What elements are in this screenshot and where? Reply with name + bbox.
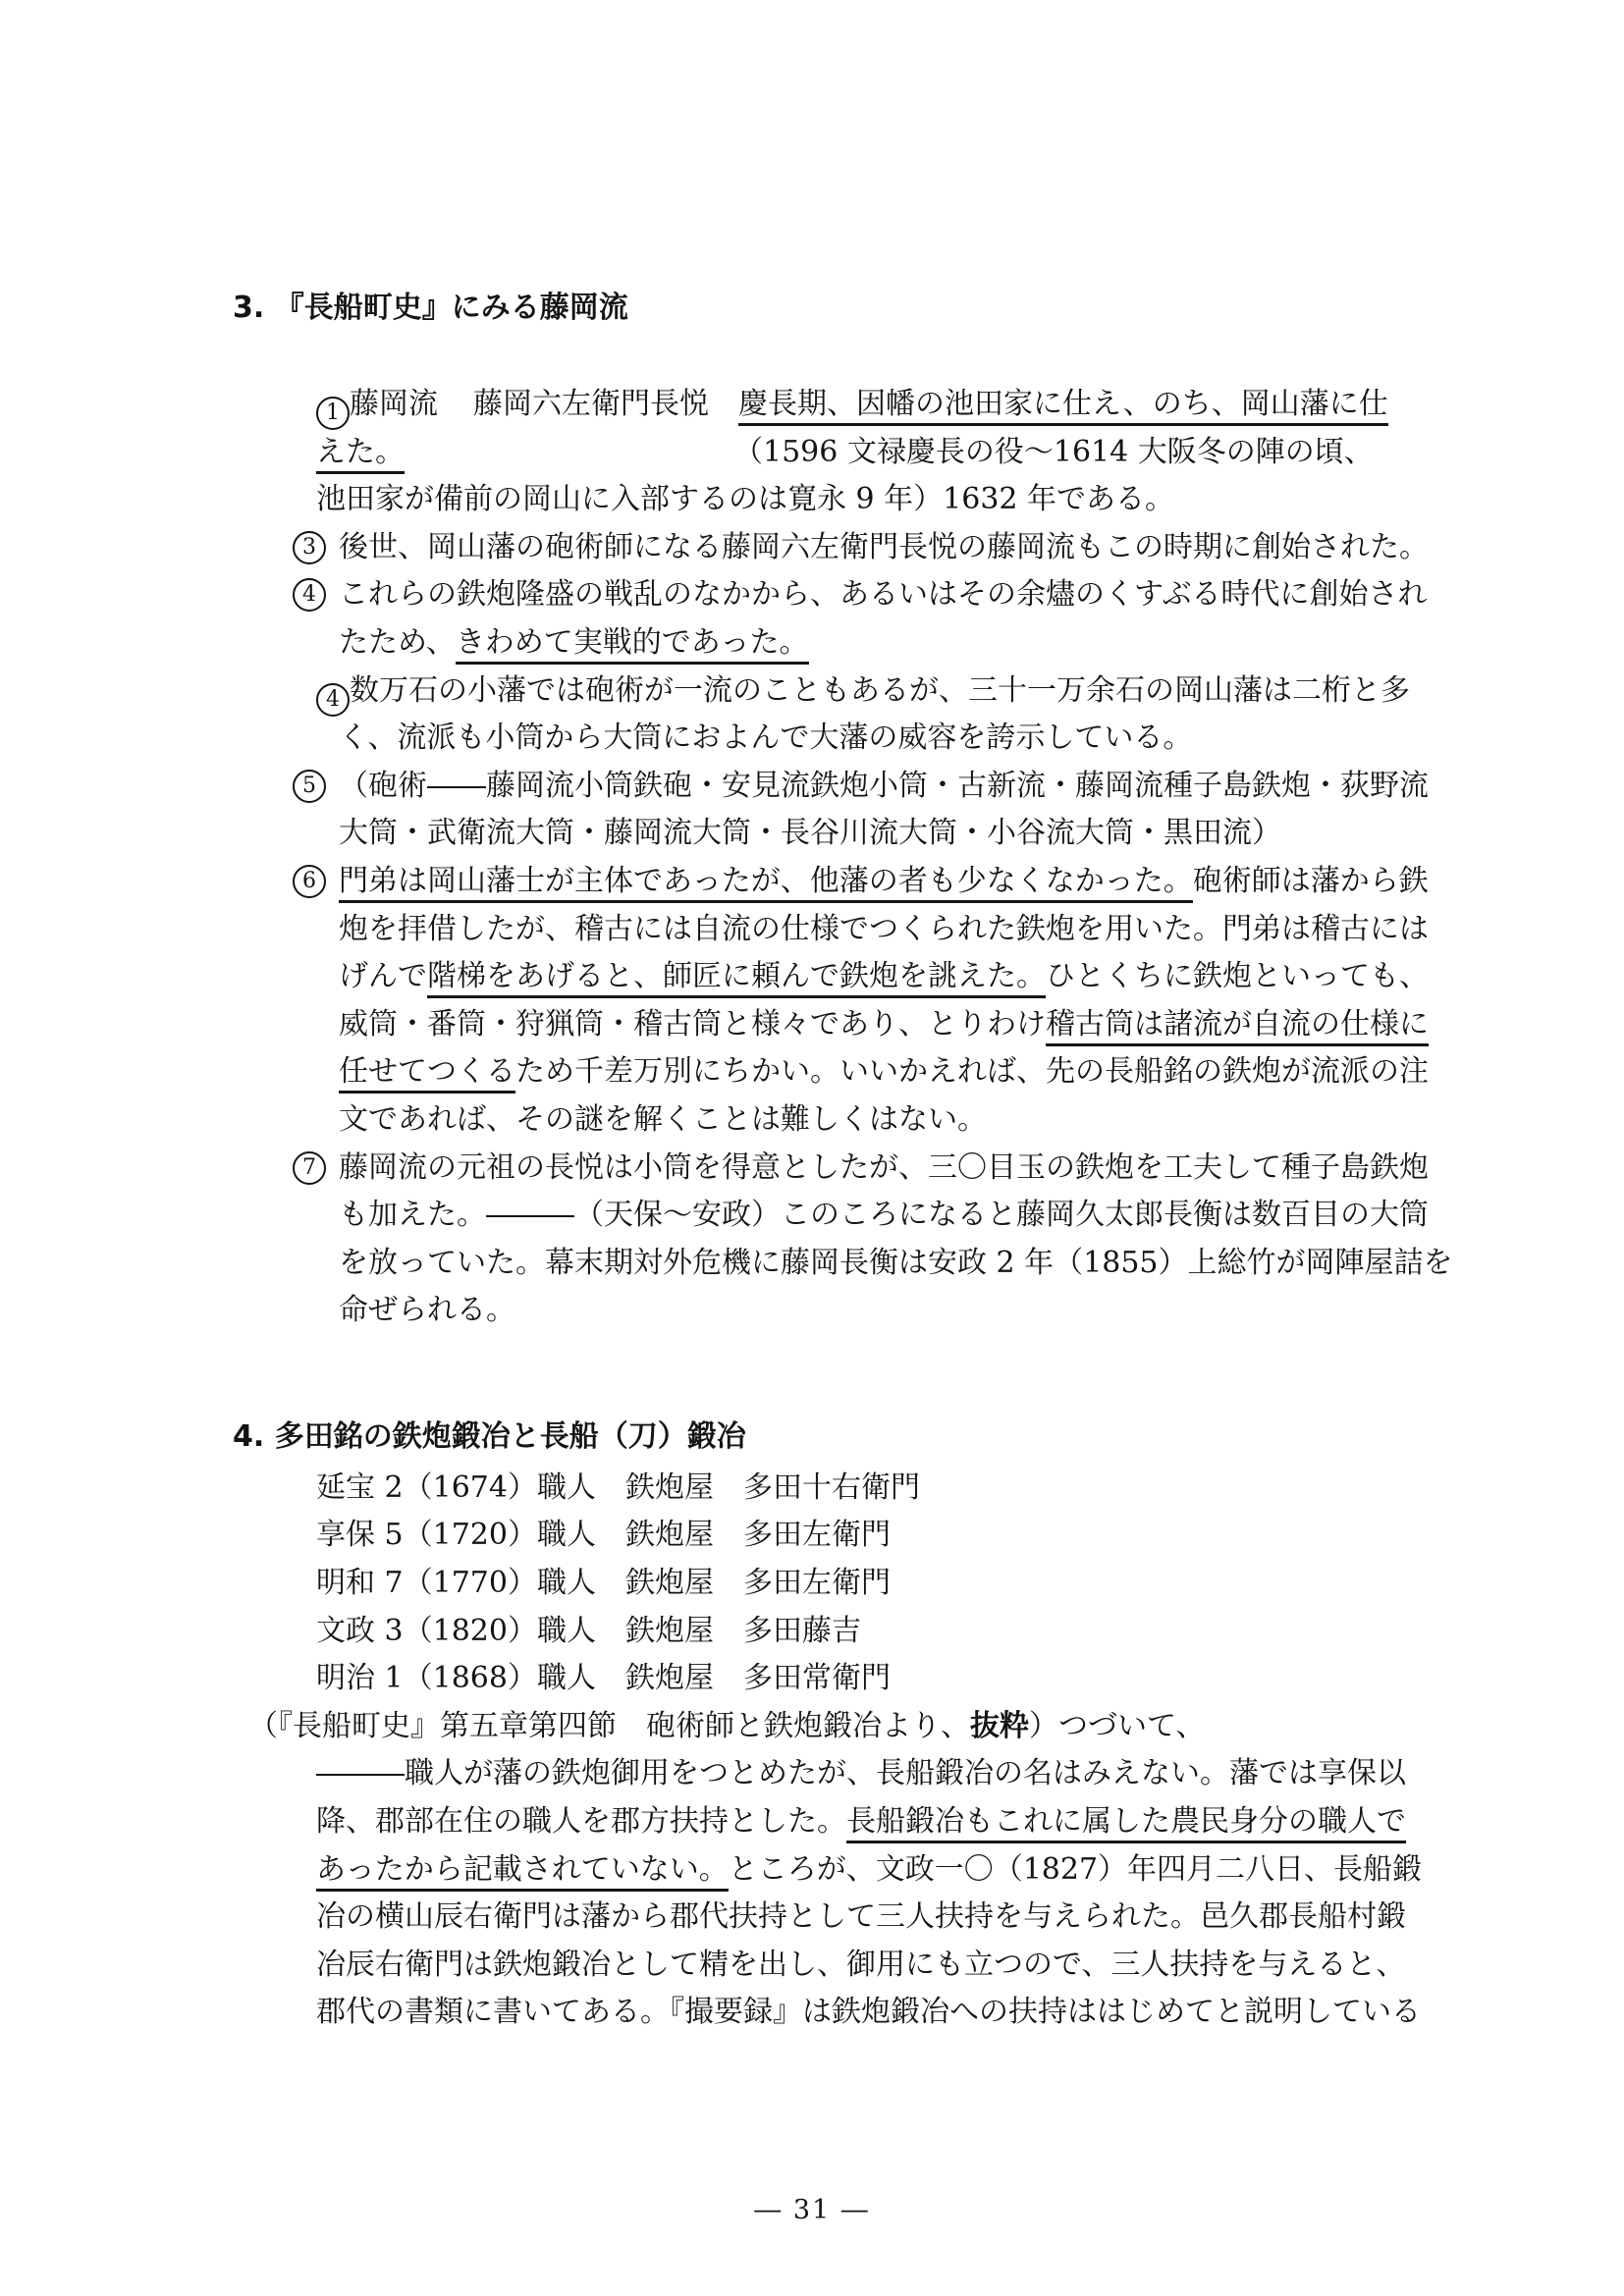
numbered-item-3: 3後世、岡山藩の砲術師になる藤岡六左衛門長悦の藤岡流もこの時期に創始された。 xyxy=(339,524,1624,572)
whitespace-spacer xyxy=(405,460,733,461)
text-run: 数万石の小藩では砲術が一流のこともあるが、三十一万余石の岡山藩は二桁と多 xyxy=(350,673,1410,708)
text-run: ため千差万別にちかい。いいかえれば、先の長船銘の鉄炮が流派の注 xyxy=(515,1054,1429,1089)
text-line: 炮を拝借したが、稽古には自流の仕様でつくられた鉄炮を用いた。門弟は稽古には xyxy=(339,906,1624,954)
text-line: 文であれば、その謎を解くことは難しくはない。 xyxy=(339,1096,1624,1145)
numbered-item-4: 4これらの鉄炮隆盛の戦乱のなかから、あるいはその余燼のくすぶる時代に創始されたた… xyxy=(339,571,1624,667)
text-run: 明和 7（1770）職人 鉄炮屋 多田左衛門 xyxy=(316,1566,891,1600)
text-line: ―――職人が藩の鉄炮御用をつとめたが、長船鍛冶の名はみえない。藩では享保以 xyxy=(316,1750,1624,1798)
section4-heading: 4. 多田銘の鉄炮鍛冶と長船（刀）鍛冶 xyxy=(233,1417,1624,1457)
text-line: 文政 3（1820）職人 鉄炮屋 多田藤吉 xyxy=(316,1608,1624,1656)
text-run: 命ぜられる。 xyxy=(339,1293,515,1327)
text-line: 池田家が備前の岡山に入部するのは寛永 9 年）1632 年である。 xyxy=(316,476,1624,524)
circled-number-marker: 3 xyxy=(293,531,326,564)
paragraph: ―――職人が藩の鉄炮御用をつとめたが、長船鍛冶の名はみえない。藩では享保以降、郡… xyxy=(316,1750,1624,2037)
text-run: 冶辰右衛門は鉄炮鍛冶として精を出し、御用にも立つので、三人扶持を与えると、 xyxy=(316,1948,1405,1982)
circled-number-marker: 4 xyxy=(293,578,326,612)
text-line: 4数万石の小藩では砲術が一流のこともあるが、三十一万余石の岡山藩は二桁と多 xyxy=(316,667,1624,716)
text-line: たため、きわめて実戦的であった。 xyxy=(339,619,1624,667)
paragraph: 1藤岡流藤岡六左衛門長悦慶長期、因幡の池田家に仕え、のち、岡山藩に仕えた。（15… xyxy=(316,381,1624,524)
circled-number-marker: 7 xyxy=(293,1151,326,1185)
text-line: く、流派も小筒から大筒におよんで大藩の威容を誇示している。 xyxy=(339,715,1624,763)
text-line: 降、郡部在住の職人を郡方扶持とした。長船鍛冶もこれに属した農民身分の職人で xyxy=(316,1798,1624,1846)
text-line: 享保 5（1720）職人 鉄炮屋 多田左衛門 xyxy=(316,1512,1624,1560)
underlined-text: きわめて実戦的であった。 xyxy=(456,625,809,665)
section4-body: 延宝 2（1674）職人 鉄炮屋 多田十右衛門享保 5（1720）職人 鉄炮屋 … xyxy=(0,1465,1624,2037)
text-line: えた。（1596 文禄慶長の役～1614 大阪冬の陣の頃、 xyxy=(316,429,1624,477)
text-run: 炮を拝借したが、稽古には自流の仕様でつくられた鉄炮を用いた。門弟は稽古には xyxy=(339,912,1429,946)
text-run: これらの鉄炮隆盛の戦乱のなかから、あるいはその余燼のくすぶる時代に創始され xyxy=(339,577,1428,612)
text-run: 享保 5（1720）職人 鉄炮屋 多田左衛門 xyxy=(316,1518,891,1552)
text-run: を放っていた。幕末期対外危機に藤岡長衡は安政 2 年（1855）上総竹が岡陣屋詰… xyxy=(339,1246,1453,1280)
paragraph: （『長船町史』第五章第四節 砲術師と鉄炮鍛冶より、抜粋）つづいて、 xyxy=(248,1703,1624,1751)
numbered-item-5: 5（砲術――藤岡流小筒鉄砲・安見流鉄炮小筒・古新流・藤岡流種子島鉄炮・荻野流大筒… xyxy=(339,763,1624,858)
section3-heading: 3. 『長船町史』にみる藤岡流 xyxy=(233,289,1624,328)
text-run: 後世、岡山藩の砲術師になる藤岡六左衛門長悦の藤岡流もこの時期に創始された。 xyxy=(339,530,1429,564)
text-line: 明治 1（1868）職人 鉄炮屋 多田常衛門 xyxy=(316,1655,1624,1703)
bold-text: 抜粋 xyxy=(970,1709,1029,1743)
text-run: ―――職人が藩の鉄炮御用をつとめたが、長船鍛冶の名はみえない。藩では享保以 xyxy=(316,1756,1406,1790)
text-run: 文政 3（1820）職人 鉄炮屋 多田藤吉 xyxy=(316,1614,861,1648)
text-line: 7藤岡流の元祖の長悦は小筒を得意としたが、三〇目玉の鉄炮を工夫して種子島鉄炮 xyxy=(339,1145,1624,1193)
text-run: 文であれば、その謎を解くことは難しくはない。 xyxy=(339,1102,987,1137)
text-line: 6門弟は岡山藩士が主体であったが、他藩の者も少なくなかった。砲術師は藩から鉄 xyxy=(339,858,1624,906)
text-line: 3後世、岡山藩の砲術師になる藤岡六左衛門長悦の藤岡流もこの時期に創始された。 xyxy=(339,524,1624,572)
text-run: 延宝 2（1674）職人 鉄炮屋 多田十右衛門 xyxy=(316,1470,920,1505)
text-run: く、流派も小筒から大筒におよんで大藩の威容を誇示している。 xyxy=(339,721,1192,755)
text-line: 大筒・武衛流大筒・藤岡流大筒・長谷川流大筒・小谷流大筒・黒田流） xyxy=(339,810,1624,858)
numbered-item-6: 6門弟は岡山藩士が主体であったが、他藩の者も少なくなかった。砲術師は藩から鉄炮を… xyxy=(339,858,1624,1145)
circled-number-marker: 5 xyxy=(293,770,326,803)
text-line: 1藤岡流藤岡六左衛門長悦慶長期、因幡の池田家に仕え、のち、岡山藩に仕 xyxy=(316,381,1624,429)
text-line: 4これらの鉄炮隆盛の戦乱のなかから、あるいはその余燼のくすぶる時代に創始され xyxy=(339,571,1624,619)
numbered-item-7: 7藤岡流の元祖の長悦は小筒を得意としたが、三〇目玉の鉄炮を工夫して種子島鉄炮も加… xyxy=(339,1145,1624,1335)
text-line: 冶の横山辰右衛門は藩から郡代扶持として三人扶持を与えられた。邑久郡長船村鍛 xyxy=(316,1894,1624,1942)
page-number: ― 31 ― xyxy=(0,2191,1624,2230)
underlined-text: 門弟は岡山藩士が主体であったが、他藩の者も少なくなかった。 xyxy=(339,864,1193,903)
text-run: （『長船町史』第五章第四節 砲術師と鉄炮鍛冶より、 xyxy=(248,1709,970,1743)
paragraph: 延宝 2（1674）職人 鉄炮屋 多田十右衛門享保 5（1720）職人 鉄炮屋 … xyxy=(316,1465,1624,1703)
text-run: 藤岡六左衛門長悦 xyxy=(473,387,709,421)
text-run: 冶の横山辰右衛門は藩から郡代扶持として三人扶持を与えられた。邑久郡長船村鍛 xyxy=(316,1899,1406,1934)
document-page: 3. 『長船町史』にみる藤岡流 1藤岡流藤岡六左衛門長悦慶長期、因幡の池田家に仕… xyxy=(0,0,1624,2296)
text-line: 冶辰右衛門は鉄炮鍛冶として精を出し、御用にも立つので、三人扶持を与えると、 xyxy=(316,1942,1624,1990)
paragraph: 4数万石の小藩では砲術が一流のこともあるが、三十一万余石の岡山藩は二桁と多く、流… xyxy=(339,667,1624,763)
text-run: 降、郡部在住の職人を郡方扶持とした。 xyxy=(316,1804,846,1839)
text-run: 明治 1（1868）職人 鉄炮屋 多田常衛門 xyxy=(316,1661,891,1695)
text-line: 任せてつくるため千差万別にちかい。いいかえれば、先の長船銘の鉄炮が流派の注 xyxy=(339,1048,1624,1096)
text-run: （1596 文禄慶長の役～1614 大阪冬の陣の頃、 xyxy=(733,435,1374,469)
text-line: を放っていた。幕末期対外危機に藤岡長衡は安政 2 年（1855）上総竹が岡陣屋詰… xyxy=(339,1240,1624,1288)
text-run: ところが、文政一〇（1827）年四月二八日、長船鍛 xyxy=(729,1852,1422,1887)
text-run: 藤岡流 xyxy=(350,387,438,421)
text-run: も加えた。―――（天保～安政）このころになると藤岡久太郎長衡は数百目の大筒 xyxy=(339,1198,1429,1232)
text-run: たため、 xyxy=(339,625,456,660)
circled-number-inline: 4 xyxy=(316,683,350,717)
text-run: 大筒・武衛流大筒・藤岡流大筒・長谷川流大筒・小谷流大筒・黒田流） xyxy=(339,816,1281,850)
underlined-text: 慶長期、因幡の池田家に仕え、のち、岡山藩に仕 xyxy=(738,387,1388,426)
text-run: げんで xyxy=(339,959,427,993)
text-line: げんで階梯をあげると、師匠に頼んで鉄炮を誂えた。ひとくちに鉄炮といっても、 xyxy=(339,953,1624,1001)
document-content: 3. 『長船町史』にみる藤岡流 1藤岡流藤岡六左衛門長悦慶長期、因幡の池田家に仕… xyxy=(0,0,1624,2037)
text-line: あったから記載されていない。ところが、文政一〇（1827）年四月二八日、長船鍛 xyxy=(316,1846,1624,1895)
underlined-text: えた。 xyxy=(316,435,405,474)
text-line: （『長船町史』第五章第四節 砲術師と鉄炮鍛冶より、抜粋）つづいて、 xyxy=(248,1703,1624,1751)
circled-number-marker: 6 xyxy=(293,865,326,898)
text-run: ）つづいて、 xyxy=(1029,1709,1205,1743)
text-run: 池田家が備前の岡山に入部するのは寛永 9 年）1632 年である。 xyxy=(316,482,1174,516)
text-run: ひとくちに鉄炮といっても、 xyxy=(1046,959,1429,993)
section3-body: 1藤岡流藤岡六左衛門長悦慶長期、因幡の池田家に仕え、のち、岡山藩に仕えた。（15… xyxy=(0,381,1624,1335)
text-line: 郡代の書類に書いてある。『撮要録』は鉄炮鍛冶への扶持ははじめてと説明している xyxy=(316,1989,1624,2037)
underlined-text: 階梯をあげると、師匠に頼んで鉄炮を誂えた。 xyxy=(427,959,1046,998)
text-line: も加えた。―――（天保～安政）このころになると藤岡久太郎長衡は数百目の大筒 xyxy=(339,1192,1624,1240)
circled-number-inline: 1 xyxy=(316,397,350,430)
text-line: 明和 7（1770）職人 鉄炮屋 多田左衛門 xyxy=(316,1560,1624,1608)
text-line: 5（砲術――藤岡流小筒鉄砲・安見流鉄炮小筒・古新流・藤岡流種子島鉄炮・荻野流 xyxy=(339,763,1624,811)
text-run: 藤岡流の元祖の長悦は小筒を得意としたが、三〇目玉の鉄炮を工夫して種子島鉄炮 xyxy=(339,1150,1429,1185)
underlined-text: 長船鍛冶もこれに属した農民身分の職人で xyxy=(846,1804,1406,1843)
underlined-text: 稽古筒は諸流が自流の仕様に xyxy=(1046,1007,1429,1046)
text-run: 郡代の書類に書いてある。『撮要録』は鉄炮鍛冶への扶持ははじめてと説明している xyxy=(316,1995,1421,2029)
underlined-text: 任せてつくる xyxy=(339,1054,515,1094)
whitespace-spacer xyxy=(709,412,738,413)
text-line: 延宝 2（1674）職人 鉄炮屋 多田十右衛門 xyxy=(316,1465,1624,1513)
text-line: 威筒・番筒・狩猟筒・稽古筒と様々であり、とりわけ稽古筒は諸流が自流の仕様に xyxy=(339,1001,1624,1049)
underlined-text: あったから記載されていない。 xyxy=(316,1852,729,1892)
whitespace-spacer xyxy=(438,412,473,413)
text-run: 威筒・番筒・狩猟筒・稽古筒と様々であり、とりわけ xyxy=(339,1007,1046,1041)
text-line: 命ぜられる。 xyxy=(339,1287,1624,1335)
text-run: 砲術師は藩から鉄 xyxy=(1193,864,1429,898)
text-run: （砲術――藤岡流小筒鉄砲・安見流鉄炮小筒・古新流・藤岡流種子島鉄炮・荻野流 xyxy=(339,769,1429,803)
